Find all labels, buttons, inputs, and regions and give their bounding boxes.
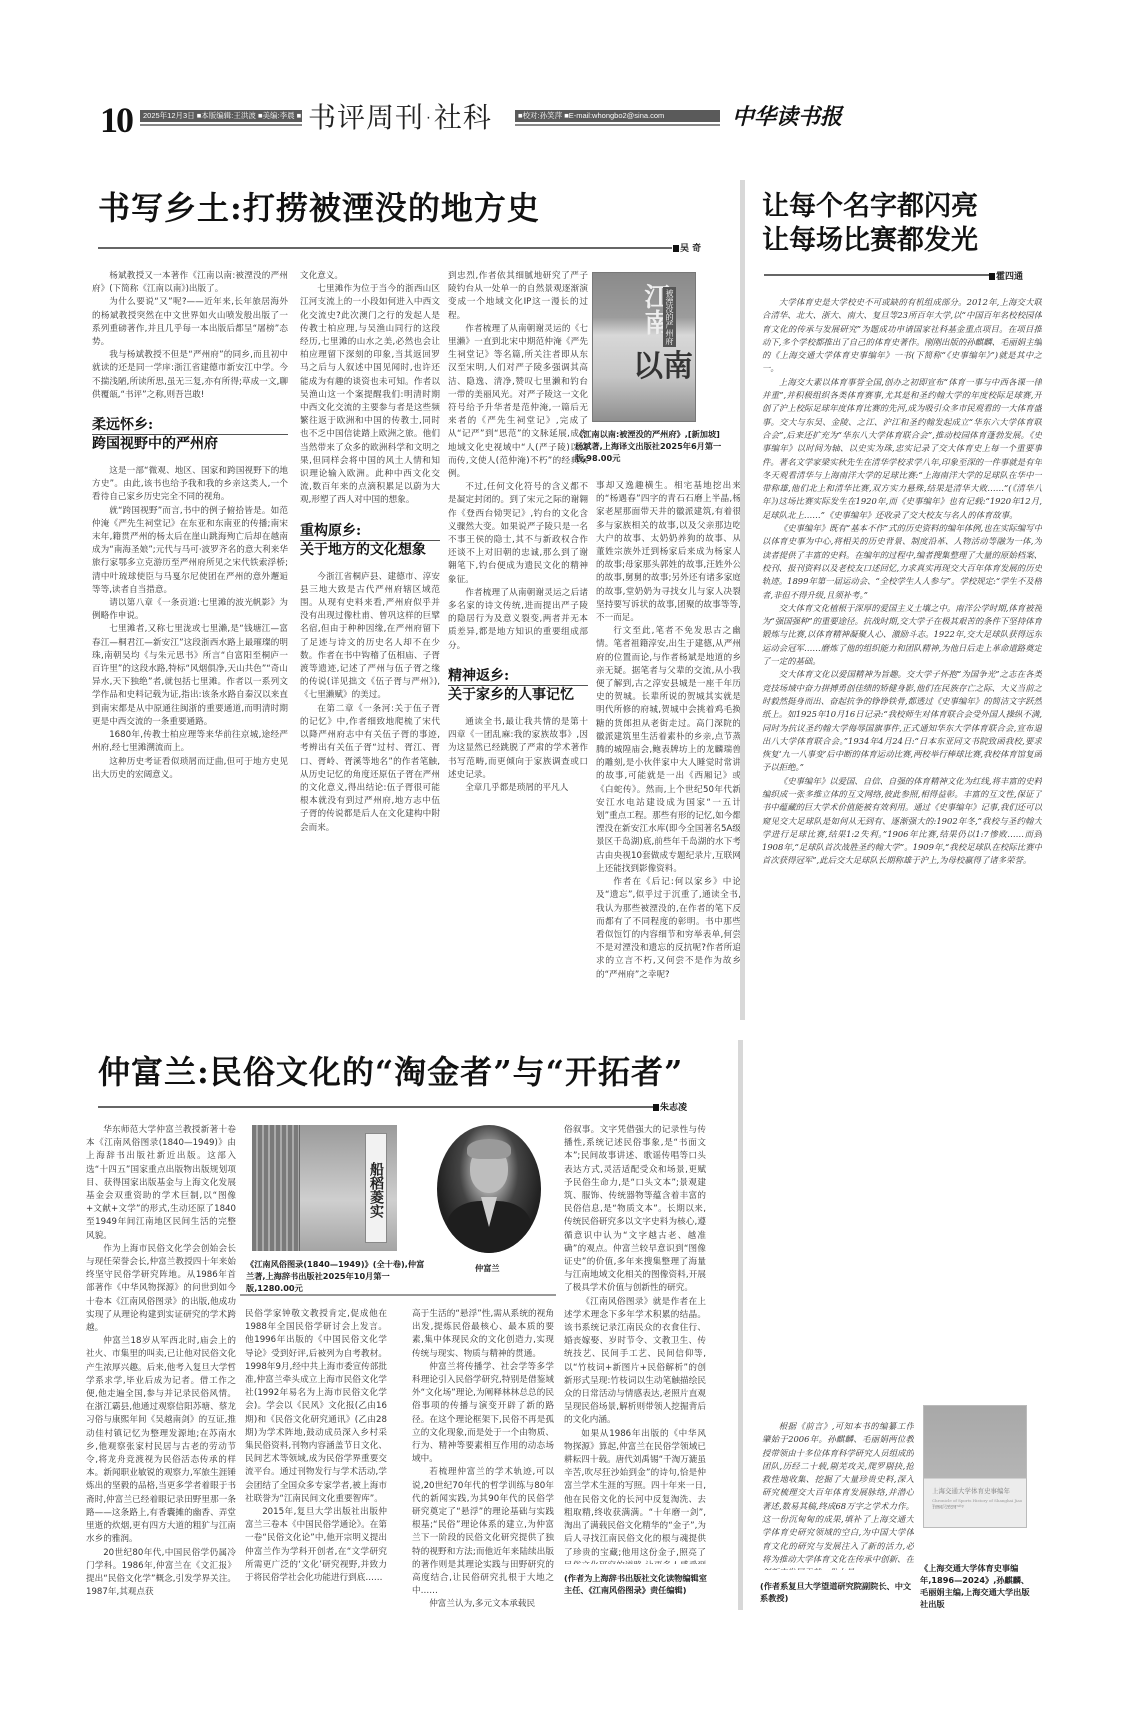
masthead: 10 2025年12月3日 ■本版编辑:王洪波 ■美编:李晨 ■电话:010-6… xyxy=(100,100,1040,140)
article3-author-note: (作者为上海辞书出版社文化读物编辑室主任、《江南风俗图录》责任编辑) xyxy=(564,1572,709,1596)
article3-headline: 仲富兰:民俗文化的“淘金者”与“开拓者” xyxy=(98,1047,683,1093)
paragraph: 请以第八章《一条贡道:七里滩的波光帆影》为例略作申说。 xyxy=(92,597,288,623)
paragraph: 七里滩作为位于当今的浙西山区江河支流上的一小段如何进入中西文化交流史?此次澳门之… xyxy=(300,283,440,507)
paragraph: 作为上海市民俗文化学会创始会长与现任荣誉会长,仲富兰教授四十年来始终坚守民俗学研… xyxy=(86,1243,236,1335)
paragraph: 《史事编年》既有“基本不作”式的历史资料的编年体例,也在实际编写中以体育史事为中… xyxy=(762,522,1042,602)
article2-title-rule xyxy=(764,274,989,276)
paragraph: 仲富兰18岁从军西北时,庙会上的社火、市集里的叫卖,已让他对民俗文化产生浓厚兴趣… xyxy=(86,1335,236,1546)
article2-author-note: (作者系复旦大学望道研究院副院长、中文系教授) xyxy=(760,1580,915,1604)
paragraph: 2015年,复旦大学出版社出版仲富兰三卷本《中国民俗学通论》。在第一卷“民俗文化… xyxy=(245,1506,387,1585)
paragraph: 若梳理仲富兰的学术轨迹,可以说,20世纪70年代的哲学训练与80年代的新闻实践,… xyxy=(412,1466,554,1598)
article2-body: 大学体育史是大学校史不可或缺的有机组成部分。2012年,上海交大联合清华、北大、… xyxy=(762,296,1042,1426)
masthead-right-info: ■校对:孙笑萍 ■E-mail:whongbo2@sina.com xyxy=(515,110,720,122)
paragraph: 文化意义。 xyxy=(300,270,440,283)
book-cover-image: 上海交通大学体育史事编年 Chronicle of Sports History… xyxy=(923,1405,1027,1528)
article1-byline: 吴 奇 xyxy=(673,241,701,254)
paragraph: 行文至此,笔者不免发思古之幽情。笔者祖籍淳安,出生于建德,从严州府的位置而论,与… xyxy=(596,625,741,876)
paragraph: 《史事编年》以爱国、自信、自强的体育精神文化为红线,将丰富的史料编织成一张多维立… xyxy=(762,775,1042,868)
article1-column-2: 文化意义。 七里滩作为位于当今的浙西山区江河支流上的一小段如何进入中西文化交流史… xyxy=(300,270,440,1040)
portrait-caption: 仲富兰 xyxy=(475,1262,500,1274)
paragraph: 交大体育文化植根于深厚的爱国主义土壤之中。南洋公学时期,体育被视为“强国强种”的… xyxy=(762,602,1042,668)
paragraph: 仲富兰认为,多元文本承载民 xyxy=(412,1598,554,1608)
paragraph: 大学体育史是大学校史不可或缺的有机组成部分。2012年,上海交大联合清华、北大、… xyxy=(762,296,1042,376)
article3-column-4: 俗叙事。文字凭借强大的记录性与传播性,系统记述民俗事象,是“书面文本”;民间故事… xyxy=(564,1124,706,1564)
paper-logo: 中华读书报 xyxy=(732,102,842,132)
article3-byline: 朱志凌 xyxy=(653,1100,687,1113)
portrait-photo xyxy=(437,1125,541,1253)
paragraph: 1680年,传教士柏应理等来华前往京城,途经严州府,经七里滩溯流而上。 xyxy=(92,729,288,755)
paragraph: 20世纪80年代,中国民俗学仍属冷门学科。1986年,仲富兰在《文汇报》提出“民… xyxy=(86,1547,236,1600)
article1-title-rule xyxy=(98,247,672,249)
paragraph: 就“跨国视野”而言,书中的例子俯拾皆是。如范仲淹《严先生祠堂记》在东亚和东南亚的… xyxy=(92,505,288,597)
paragraph: 《江南风俗图录》就是作者在上述学术理念下多年学术积累的结晶。该书系统记录江南民众… xyxy=(564,1296,706,1428)
article2-headline: 让每个名字都闪亮 让每场比赛都发光 xyxy=(762,190,978,258)
paragraph: 杨斌教授又一本著作《江南以南:被湮没的严州府》(下简称《江南以南》)出版了。 xyxy=(92,270,288,296)
article1-column-3: 到忠烈,作者依其细腻地研究了严子陵钓台从一处单一的自然景观逐渐演变成一个地域文化… xyxy=(448,270,588,1040)
paragraph: 不过,任何文化符号的含义都不是凝定封闭的。到了宋元之际的谢翱作《登西台恸哭记》,… xyxy=(448,481,588,587)
paragraph: 在第二章《一条河:关于伍子胥的记忆》中,作者细致地爬梳了宋代以降严州府志中有关伍… xyxy=(300,703,440,835)
section-title: 书评周刊·社科 xyxy=(308,100,492,136)
masthead-left-info: 2025年12月3日 ■本版编辑:王洪波 ■美编:李晨 ■电话:010-6707… xyxy=(140,110,302,122)
paragraph: 全章几乎都是琐屑的平凡人 xyxy=(448,782,588,795)
article3-column-3: 高于生活的“悬浮”性,需从系统的视角出发,提炼民俗最核心、最本质的要素,集中体现… xyxy=(412,1308,554,1608)
paragraph: 我与杨斌教授不但是“严州府”的同乡,而且初中就读的还是同一学庠:浙江省建德市新安… xyxy=(92,349,288,402)
book-caption: 《上海交通大学体育史事编年,1896—2024》,孙麒麟、毛丽娟主编,上海交通大… xyxy=(920,1562,1035,1610)
article1-headline: 书写乡土:打捞被湮没的地方史 xyxy=(98,183,540,229)
paragraph: 交大体育文化以爱国精神为旨趣。交大学子怀抱“为国争光”之志在各类竞技场域中奋力拼… xyxy=(762,668,1042,774)
article3-title-rule xyxy=(98,1106,653,1108)
column-separator xyxy=(738,1040,743,1610)
article1-subhead-2: 重构原乡: 关于地方的文化想象 xyxy=(300,522,440,559)
paragraph: 仲富兰将传播学、社会学等多学科理论引入民俗学研究,特别是借鉴域外“文化场”理论,… xyxy=(412,1361,554,1467)
paragraph: 为什么要说“又”呢?——近年来,长年旅居海外的杨斌教授突然在中文世界如火山喷发般… xyxy=(92,296,288,349)
paragraph: 民俗学家钟敬文教授肯定,促成他在1988年全国民俗学研讨会上发言。他1996年出… xyxy=(245,1308,387,1506)
paragraph: 通读全书,最让我共情的是第十四章《一团乱麻:我的家族故事》,因为这显然已经跳脱了… xyxy=(448,716,588,782)
paragraph: 高于生活的“悬浮”性,需从系统的视角出发,提炼民俗最核心、最本质的要素,集中体现… xyxy=(412,1308,554,1361)
book-caption: 《江南风俗图录(1840—1949)》(全十卷),仲富兰著,上海辞书出版社202… xyxy=(246,1258,426,1294)
article3-column-2: 民俗学家钟敬文教授肯定,促成他在1988年全国民俗学研讨会上发言。他1996年出… xyxy=(245,1308,387,1608)
article3-column-1: 华东师范大学仲富兰教授新著十卷本《江南风俗图录(1840—1949)》由上海辞书… xyxy=(86,1124,236,1604)
paragraph: 到忠烈,作者依其细腻地研究了严子陵钓台从一处单一的自然景观逐渐演变成一个地域文化… xyxy=(448,270,588,323)
paragraph: 上海交大素以体育事誉全国,创办之初即宣布“体育一事与中西各课一律并重”,并积极组… xyxy=(762,376,1042,522)
article2-byline: 霍四通 xyxy=(989,269,1023,282)
paragraph: 作者在《后记:何以家乡》中论及“遗忘”,似乎过于沉重了,通读全书,我认为那些被湮… xyxy=(596,876,741,982)
column-separator xyxy=(740,180,745,1020)
paragraph: 这是一部“微观、地区、国家和跨国视野下的地方史”。由此,该书也给予我和我的乡亲这… xyxy=(92,465,288,505)
paragraph: 作者梳理了从南朝谢灵运之后诸多名家的诗文传统,进而提出严子陵的隐居行为及意义裂变… xyxy=(448,587,588,653)
article1-column-1: 杨斌教授又一本著作《江南以南:被湮没的严州府》(下简称《江南以南》)出版了。 为… xyxy=(92,270,288,1040)
article1-subhead-3: 精神返乡: 关于家乡的人事记忆 xyxy=(448,667,588,704)
book-set-image: 船稻菱实 xyxy=(252,1125,397,1251)
article1-column-4: 事却又逸趣横生。相宅基地挖出来的“杨遇春”四字的青石石磨上半晶,杨家老屋那面带天… xyxy=(596,480,741,1040)
page-number: 10 xyxy=(100,100,132,140)
book-caption: 《江南以南:被湮没的严州府》,[新加坡]杨斌著,上海译文出版社2025年6月第一… xyxy=(575,428,723,464)
paragraph: 华东师范大学仲富兰教授新著十卷本《江南风俗图录(1840—1949)》由上海辞书… xyxy=(86,1124,236,1243)
article1-subhead-1: 柔远怀乡: 跨国视野中的严州府 xyxy=(92,416,288,453)
paragraph: 这种历史考证看似琐屑而迂曲,但可于地方史见出大历史的宏阔意义。 xyxy=(92,756,288,782)
paragraph: 七里滩者,又称七里泷或七里濑,是“钱塘江—富春江—桐君江—新安江”这段浙西水路上… xyxy=(92,623,288,729)
paragraph: 如果从1986年出版的《中华风物探源》算起,仲富兰在民俗学领域已耕耘四十载。唐代… xyxy=(564,1428,706,1564)
masthead-right-rule xyxy=(515,124,720,126)
paragraph: 俗叙事。文字凭借强大的记录性与传播性,系统记述民俗事象,是“书面文本”;民间故事… xyxy=(564,1124,706,1296)
article2-body-end: 根据《前言》,可知本书的编纂工作肇始于2006年。孙麒麟、毛丽娟两位教授带领由十… xyxy=(762,1420,914,1570)
book-cover-image: 江南 被湮没的严州府 以南 xyxy=(592,272,696,422)
paragraph: 今浙江省桐庐县、建德市、淳安县三地大致是古代严州府辖区域范围。从现有史料来看,严… xyxy=(300,571,440,703)
paragraph: 事却又逸趣横生。相宅基地挖出来的“杨遇春”四字的青石石磨上半晶,杨家老屋那面带天… xyxy=(596,480,741,625)
image-rule xyxy=(240,1294,556,1296)
paragraph: 作者梳理了从南朝谢灵运的《七里濑》一直到北宋中期范仲淹《严先生祠堂记》等名篇,所… xyxy=(448,323,588,481)
paragraph: 根据《前言》,可知本书的编纂工作肇始于2006年。孙麒麟、毛丽娟两位教授带领由十… xyxy=(762,1420,914,1570)
masthead-left-rule xyxy=(140,124,302,126)
